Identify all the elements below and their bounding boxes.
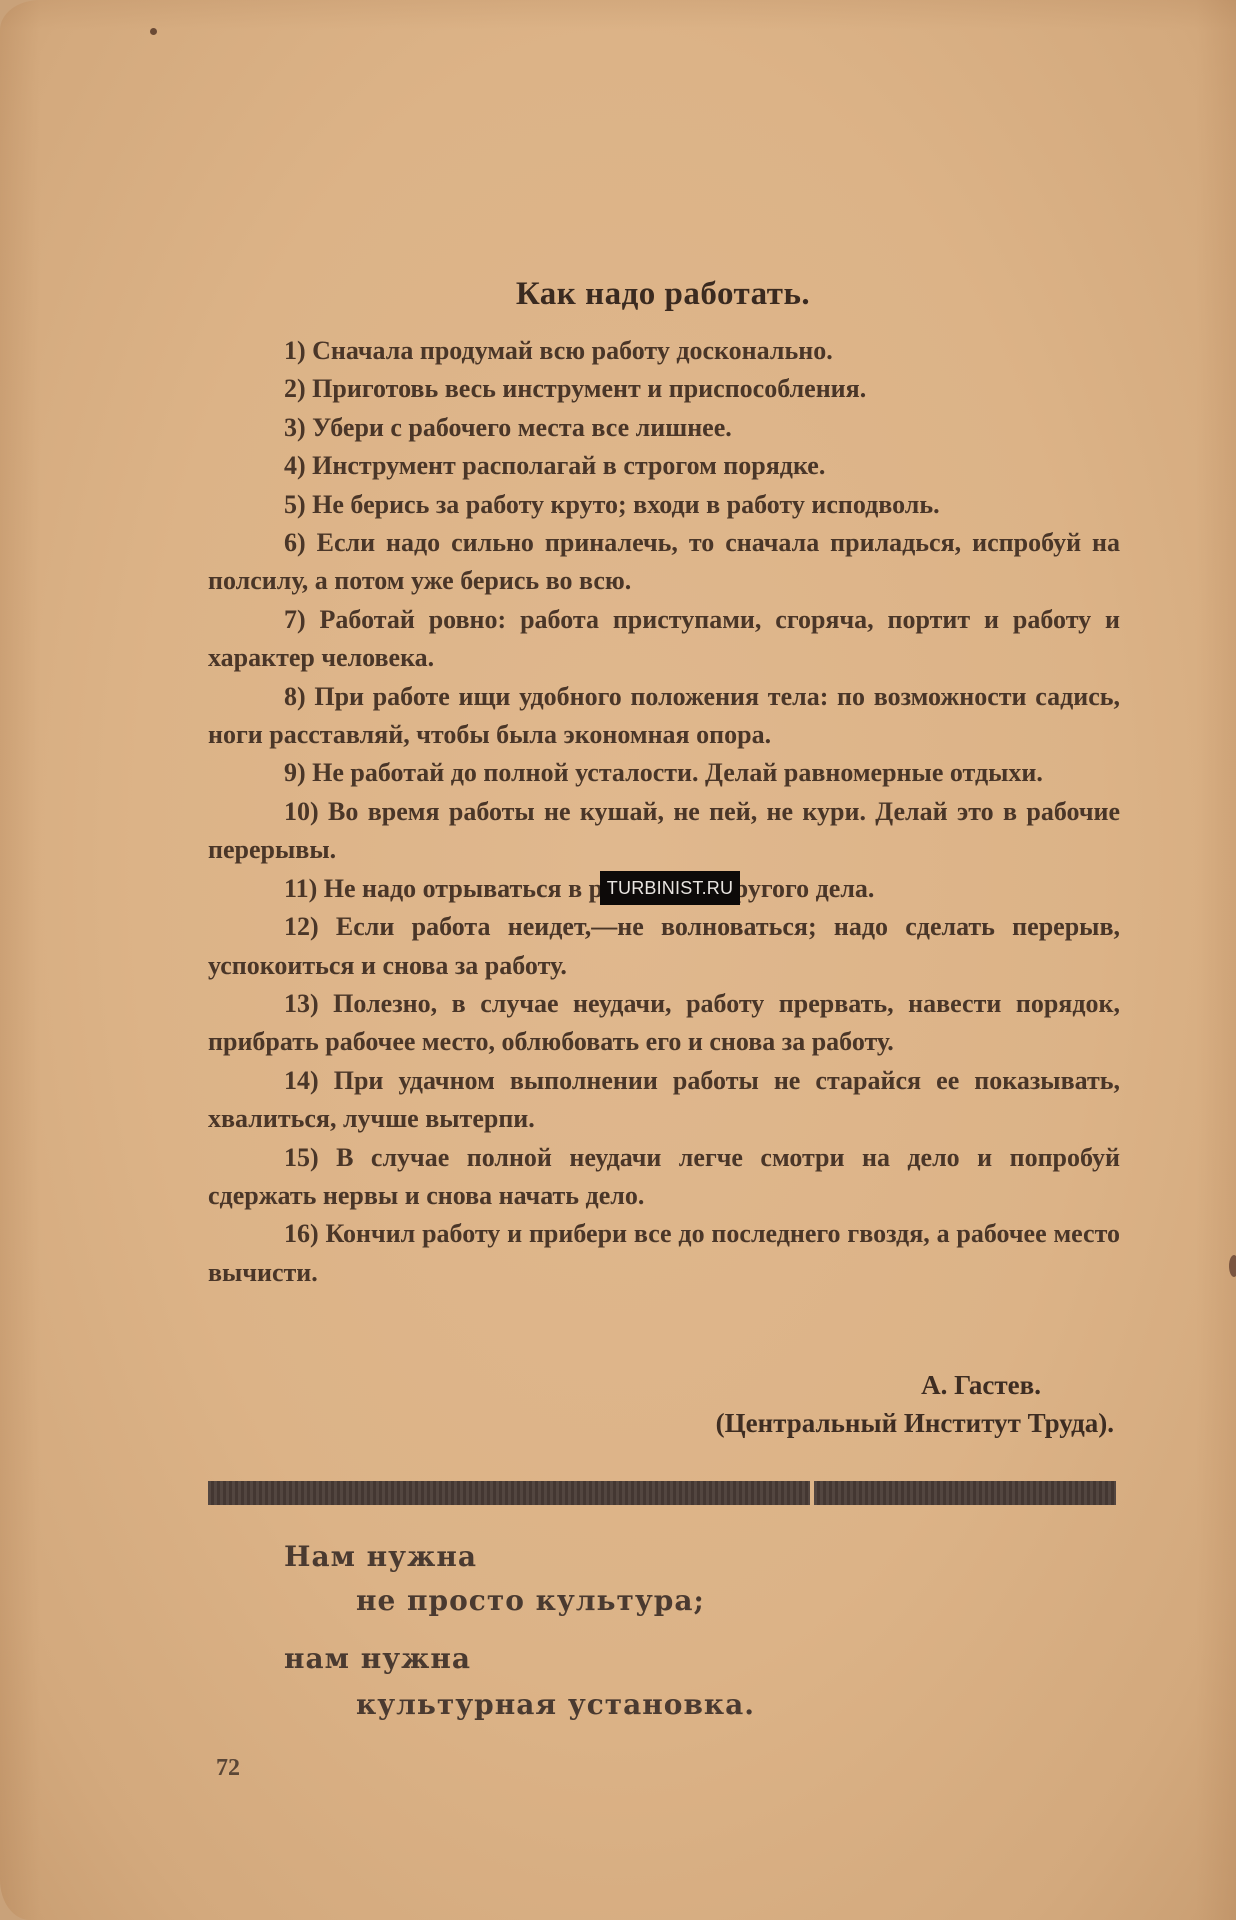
rule-item: 7) Работай ровно: работа приступами, сго… (208, 601, 1120, 678)
page-title: Как надо работать. (0, 276, 1236, 313)
slogan-line: не просто культура; (356, 1584, 705, 1617)
paper-speck (150, 28, 157, 35)
rule-item: 2) Приготовь весь инструмент и приспособ… (208, 370, 1120, 408)
rule-item: 15) В случае полной неудачи легче смотри… (208, 1139, 1120, 1216)
slogan-line: нам нужна (284, 1642, 471, 1675)
rule-item: 6) Если надо сильно приналечь, то сначал… (208, 524, 1120, 601)
rule-item: 13) Полезно, в случае неудачи, работу пр… (208, 985, 1120, 1062)
divider-rule-right (814, 1481, 1116, 1505)
page-number: 72 (216, 1755, 240, 1782)
rule-item: 8) При работе ищи удобного положения тел… (208, 678, 1120, 755)
watermark-badge: TURBINIST.RU (600, 871, 740, 905)
rule-item: 12) Если работа неидет,—не волноваться; … (208, 908, 1120, 985)
rule-item: 3) Убери с рабочего места все лишнее. (208, 409, 1120, 447)
rule-item: 10) Во время работы не кушай, не пей, не… (208, 793, 1120, 870)
institution-name: (Центральный Институт Труда). (716, 1408, 1114, 1439)
divider-rule-left (208, 1481, 810, 1505)
slogan-line: Нам нужна (284, 1540, 477, 1573)
paper-speck (1229, 1255, 1236, 1277)
rules-list: 1) Сначала продумай всю работу доскональ… (208, 332, 1120, 1292)
rule-item: 16) Кончил работу и прибери все до после… (208, 1215, 1120, 1292)
author-signature: А. Гастев. (921, 1370, 1041, 1401)
scanned-page: Как надо работать. 1) Сначала продумай в… (0, 0, 1236, 1920)
watermark-text: TURBINIST.RU (607, 878, 733, 899)
rule-item: 4) Инструмент располагай в строгом поряд… (208, 447, 1120, 485)
rule-item: 9) Не работай до полной усталости. Делай… (208, 754, 1120, 792)
slogan-line: культурная установка. (356, 1688, 755, 1721)
rule-item: 1) Сначала продумай всю работу доскональ… (208, 332, 1120, 370)
rule-item: 14) При удачном выполнении работы не ста… (208, 1062, 1120, 1139)
rule-item: 5) Не берись за работу круто; входи в ра… (208, 486, 1120, 524)
